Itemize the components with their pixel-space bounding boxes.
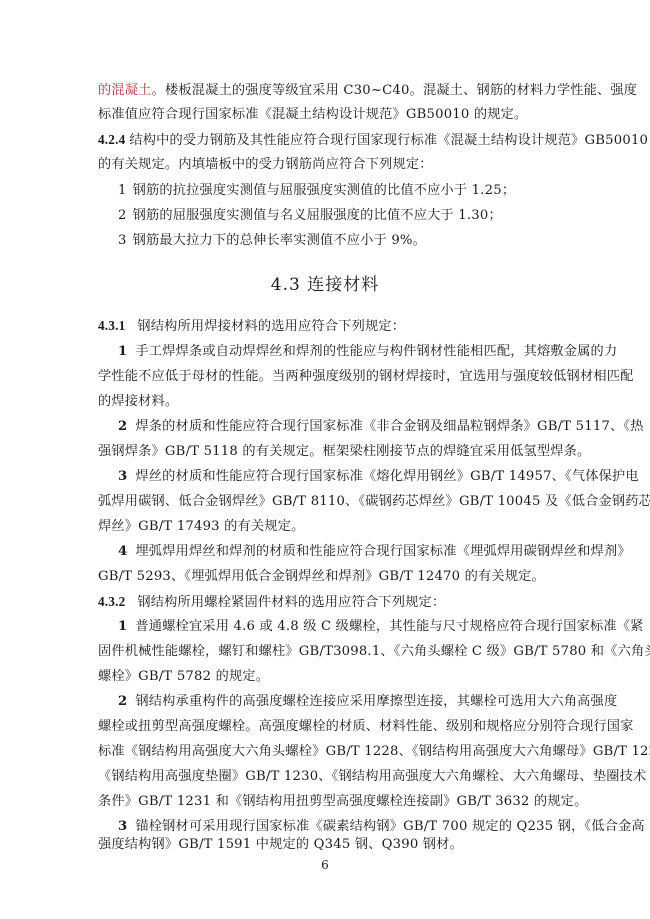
paragraph-line: 标准《钢结构用高强度大六角头螺栓》GB/T 1228、《钢结构用高强度大六角螺母… <box>98 743 568 761</box>
paragraph-line: 固件机械性能螺栓，螺钉和螺柱》GB/T3098.1、《六角头螺栓 C 级》GB/… <box>98 643 568 661</box>
list-item: 3钢筋最大拉力下的总伸长率实测值不应小于 9%。 <box>118 232 588 250</box>
list-item: 3焊丝的材质和性能应符合现行国家标准《熔化焊用钢丝》GB/T 14957、《气体… <box>118 468 588 486</box>
paragraph-line: 螺栓》GB/T 5782 的规定。 <box>98 668 568 686</box>
paragraph-line: 条件》GB/T 1231 和《钢结构用扭剪型高强度螺栓连接副》GB/T 3632… <box>98 793 568 811</box>
paragraph-line: 强钢焊条》GB/T 5118 的有关规定。框架梁柱刚接节点的焊缝宜采用低氢型焊条… <box>98 443 568 461</box>
clause-4-2-4: 4.2.4结构中的受力钢筋及其性能应符合现行国家现行标准《混凝土结构设计规范》G… <box>98 131 568 150</box>
page-number: 6 <box>0 858 650 872</box>
list-item: 2焊条的材质和性能应符合现行国家标准《非合金钢及细晶粒钢焊条》GB/T 5117… <box>118 418 588 436</box>
clause-number: 4.3.1 <box>98 318 125 333</box>
paragraph-line: 的有关规定。内填墙板中的受力钢筋尚应符合下列规定： <box>98 156 568 174</box>
paragraph-line: 标准值应符合现行国家标准《混凝土结构设计规范》GB50010 的规定。 <box>98 106 568 124</box>
paragraph-line: 的混凝土。楼板混凝土的强度等级宜采用 C30~C40。混凝土、钢筋的材料力学性能… <box>98 82 568 100</box>
document-page: 的混凝土。楼板混凝土的强度等级宜采用 C30~C40。混凝土、钢筋的材料力学性能… <box>0 0 650 919</box>
list-item: 1手工焊焊条或自动焊焊丝和焊剂的性能应与构件钢材性能相匹配，其熔敷金属的力 <box>118 343 588 361</box>
clause-number: 4.2.4 <box>98 132 125 147</box>
paragraph-line: 螺栓或扭剪型高强度螺栓。高强度螺栓的材质、材料性能、级别和规格应分别符合现行国家 <box>98 718 568 736</box>
paragraph-line: 强度结构钢》GB/T 1591 中规定的 Q345 钢、Q390 钢材。 <box>98 836 568 854</box>
list-item: 1普通螺栓宜采用 4.6 或 4.8 级 C 级螺栓，其性能与尺寸规格应符合现行… <box>118 618 588 636</box>
highlighted-text: 的混凝土 <box>98 83 152 98</box>
clause-number: 4.3.2 <box>98 594 125 609</box>
paragraph-line: 《钢结构用高强度垫圈》GB/T 1230、《钢结构用高强度大六角螺栓、大六角螺母… <box>98 768 568 786</box>
paragraph-line: 的焊接材料。 <box>98 393 568 411</box>
list-item: 4埋弧焊用焊丝和焊剂的材质和性能应符合现行国家标准《埋弧焊用碳钢焊丝和焊剂》 <box>118 543 588 561</box>
section-heading: 4.3 连接材料 <box>0 270 650 295</box>
list-item: 3锚栓钢材可采用现行国家标准《碳素结构钢》GB/T 700 规定的 Q235 钢… <box>118 818 588 836</box>
paragraph-line: GB/T 5293、《埋弧焊用低合金钢焊丝和焊剂》GB/T 12470 的有关规… <box>98 568 568 586</box>
paragraph-line: 弧焊用碳钢、低合金钢焊丝》GB/T 8110、《碳钢药芯焊丝》GB/T 1004… <box>98 493 568 511</box>
list-item: 2钢结构承重构件的高强度螺栓连接应采用摩擦型连接，其螺栓可选用大六角高强度 <box>118 693 588 711</box>
clause-4-3-1: 4.3.1钢结构所用焊接材料的选用应符合下列规定： <box>98 317 568 336</box>
paragraph-line: 焊丝》GB/T 17493 的有关规定。 <box>98 518 568 536</box>
list-item: 1钢筋的抗拉强度实测值与屈服强度实测值的比值不应小于 1.25； <box>118 182 588 200</box>
paragraph-line: 学性能不应低于母材的性能。当两种强度级别的钢材焊接时，宜选用与强度较低钢材相匹配 <box>98 368 568 386</box>
list-item: 2钢筋的屈服强度实测值与名义屈服强度的比值不应大于 1.30； <box>118 207 588 225</box>
clause-4-3-2: 4.3.2钢结构所用螺栓紧固件材料的选用应符合下列规定： <box>98 593 568 612</box>
